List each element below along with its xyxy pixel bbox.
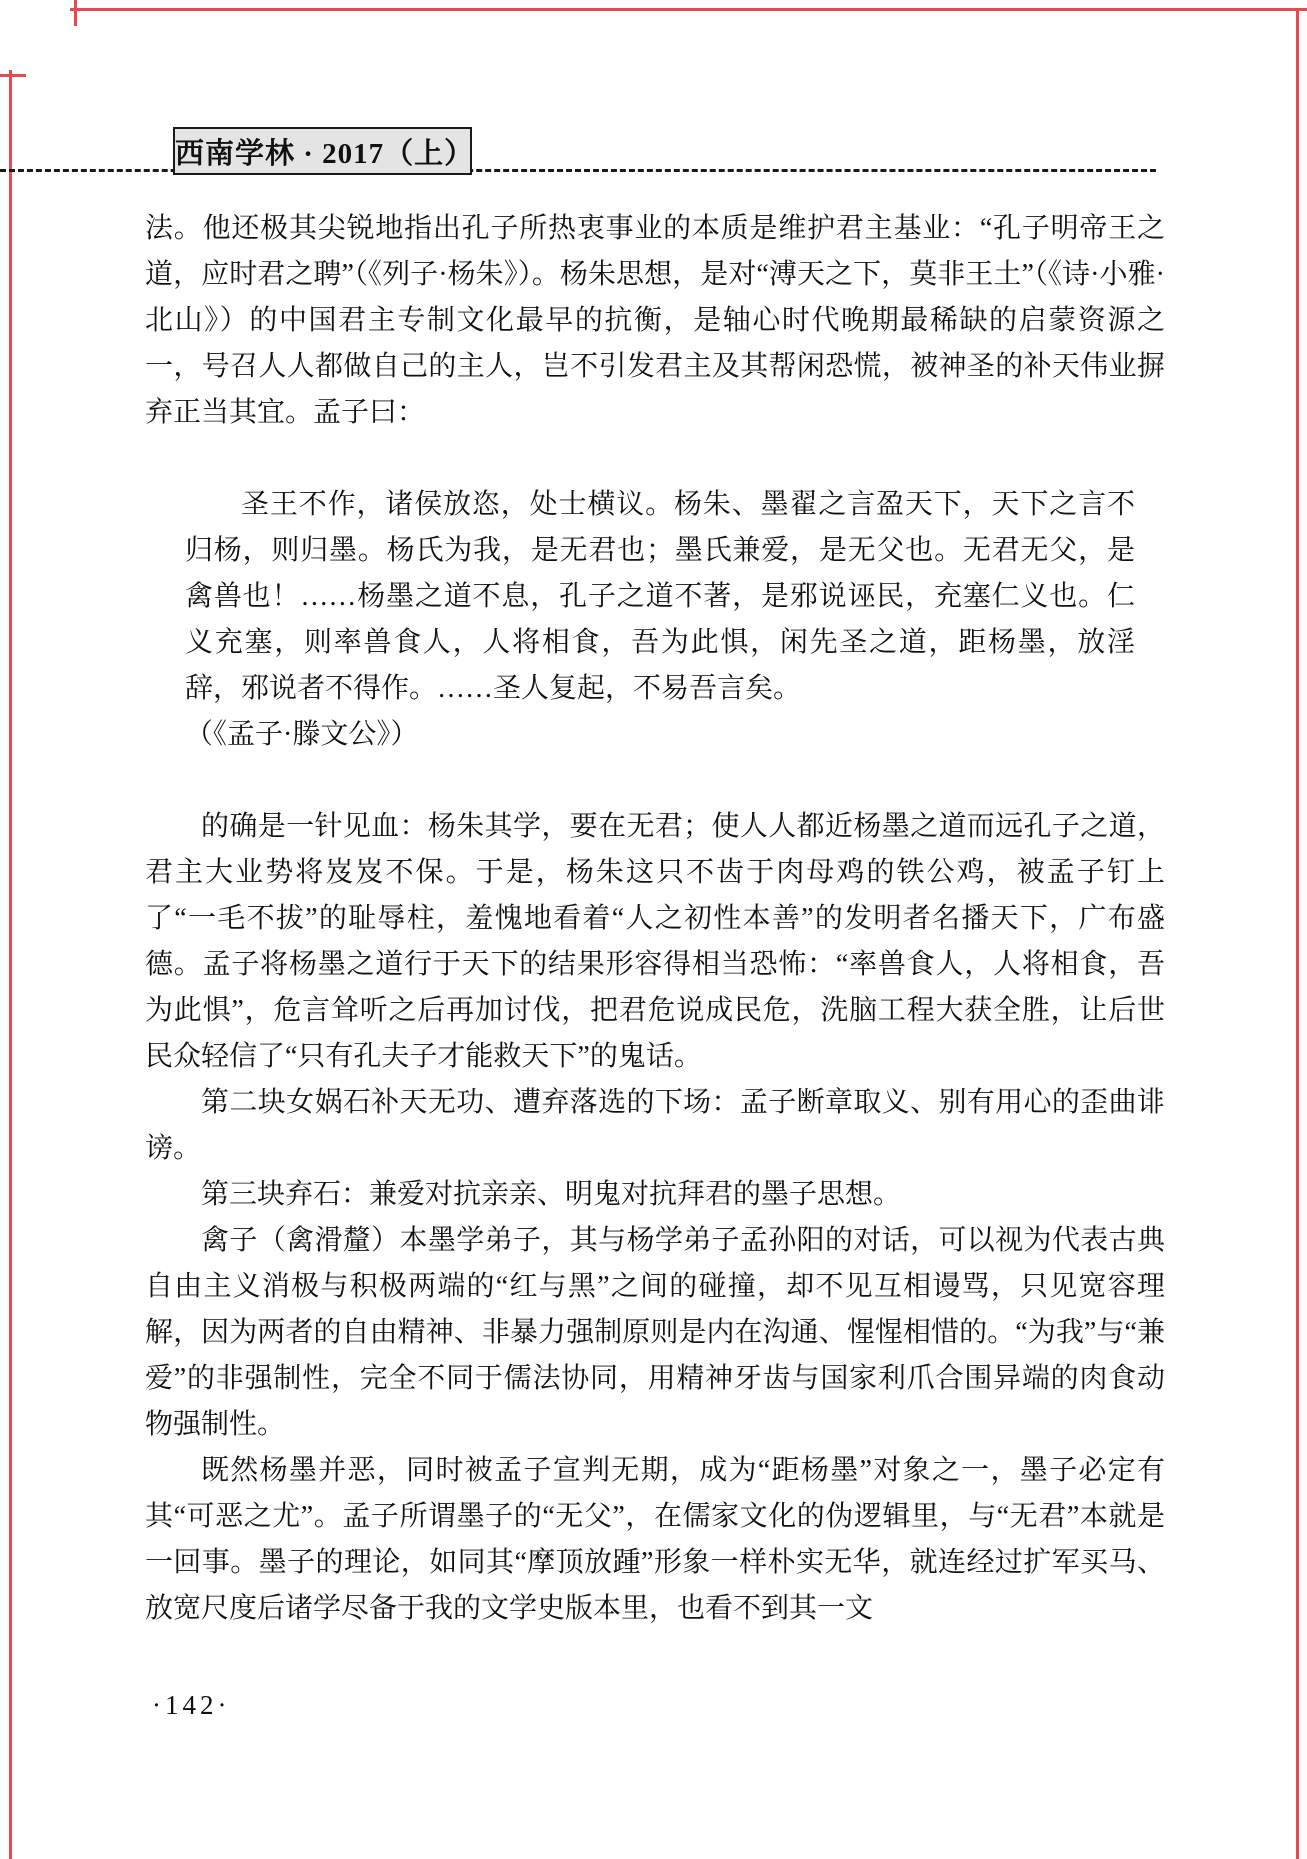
blockquote-mencius: 圣王不作，诸侯放恣，处士横议。杨朱、墨翟之言盈天下，天下之言不归杨，则归墨。杨氏… [185, 482, 1135, 758]
page-number: ·142· [152, 1690, 230, 1721]
crop-mark-top-line [70, 8, 1307, 11]
paragraph: 法。他还极其尖锐地指出孔子所热衷事业的本质是维护君主基业：“孔子明帝王之道，应时… [145, 206, 1165, 436]
paragraph: 既然杨墨并恶，同时被孟子宣判无期，成为“距杨墨”对象之一，墨子必定有其“可恶之尤… [145, 1448, 1165, 1632]
crop-mark-top-tick [74, 0, 77, 26]
quote-text: 圣王不作，诸侯放恣，处士横议。杨朱、墨翟之言盈天下，天下之言不归杨，则归墨。杨氏… [185, 482, 1135, 712]
paragraph: 禽子（禽滑釐）本墨学弟子，其与杨学弟子孟孙阳的对话，可以视为代表古典自由主义消极… [145, 1218, 1165, 1448]
paragraph: 第二块女娲石补天无功、遭弃落选的下场：孟子断章取义、别有用心的歪曲诽谤。 [145, 1080, 1165, 1172]
crop-mark-right-line [1296, 8, 1299, 1859]
running-head-box: 西南学林 · 2017（上） [173, 127, 472, 175]
journal-title: 西南学林 · 2017（上） [175, 131, 470, 172]
quote-citation: （《孟子·滕文公》） [185, 712, 1135, 758]
paragraph: 第三块弃石：兼爱对抗亲亲、明鬼对抗拜君的墨子思想。 [145, 1172, 1165, 1218]
book-page: 西南学林 · 2017（上） 法。他还极其尖锐地指出孔子所热衷事业的本质是维护君… [0, 0, 1307, 1859]
crop-mark-left-line [9, 70, 12, 1859]
body-text: 法。他还极其尖锐地指出孔子所热衷事业的本质是维护君主基业：“孔子明帝王之道，应时… [145, 206, 1165, 1632]
crop-mark-left-tick [0, 74, 26, 77]
paragraph: 的确是一针见血：杨朱其学，要在无君；使人人都近杨墨之道而远孔子之道，君主大业势将… [145, 804, 1165, 1080]
